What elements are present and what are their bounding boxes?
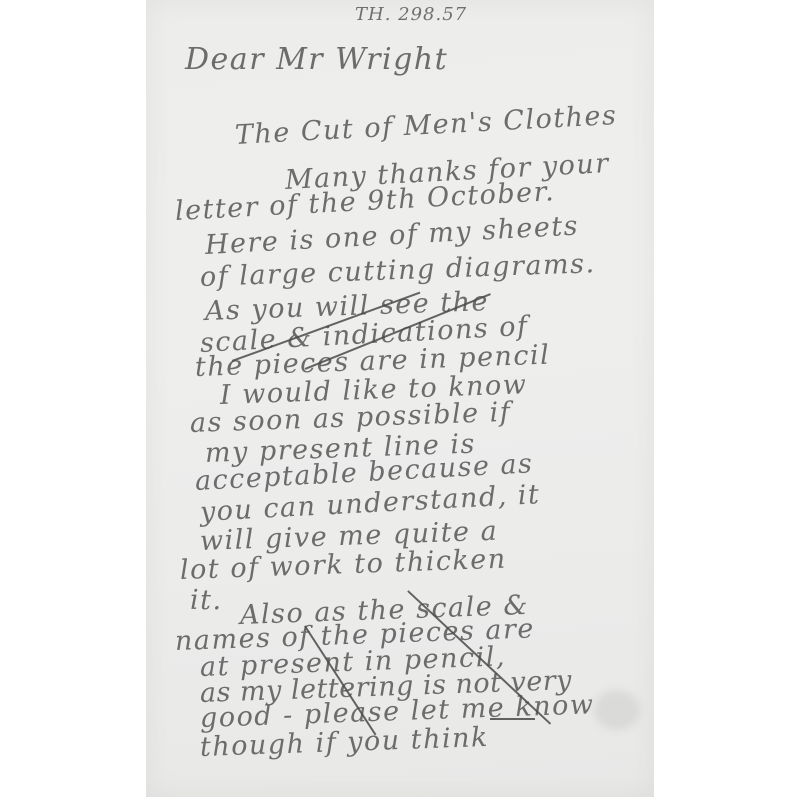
paper-smudge xyxy=(594,690,640,730)
salutation: Dear Mr Wright xyxy=(185,42,448,77)
reference-number: TH. 298.57 xyxy=(355,4,467,25)
strike-through-mark xyxy=(490,718,535,720)
body-line: it. xyxy=(190,585,223,616)
